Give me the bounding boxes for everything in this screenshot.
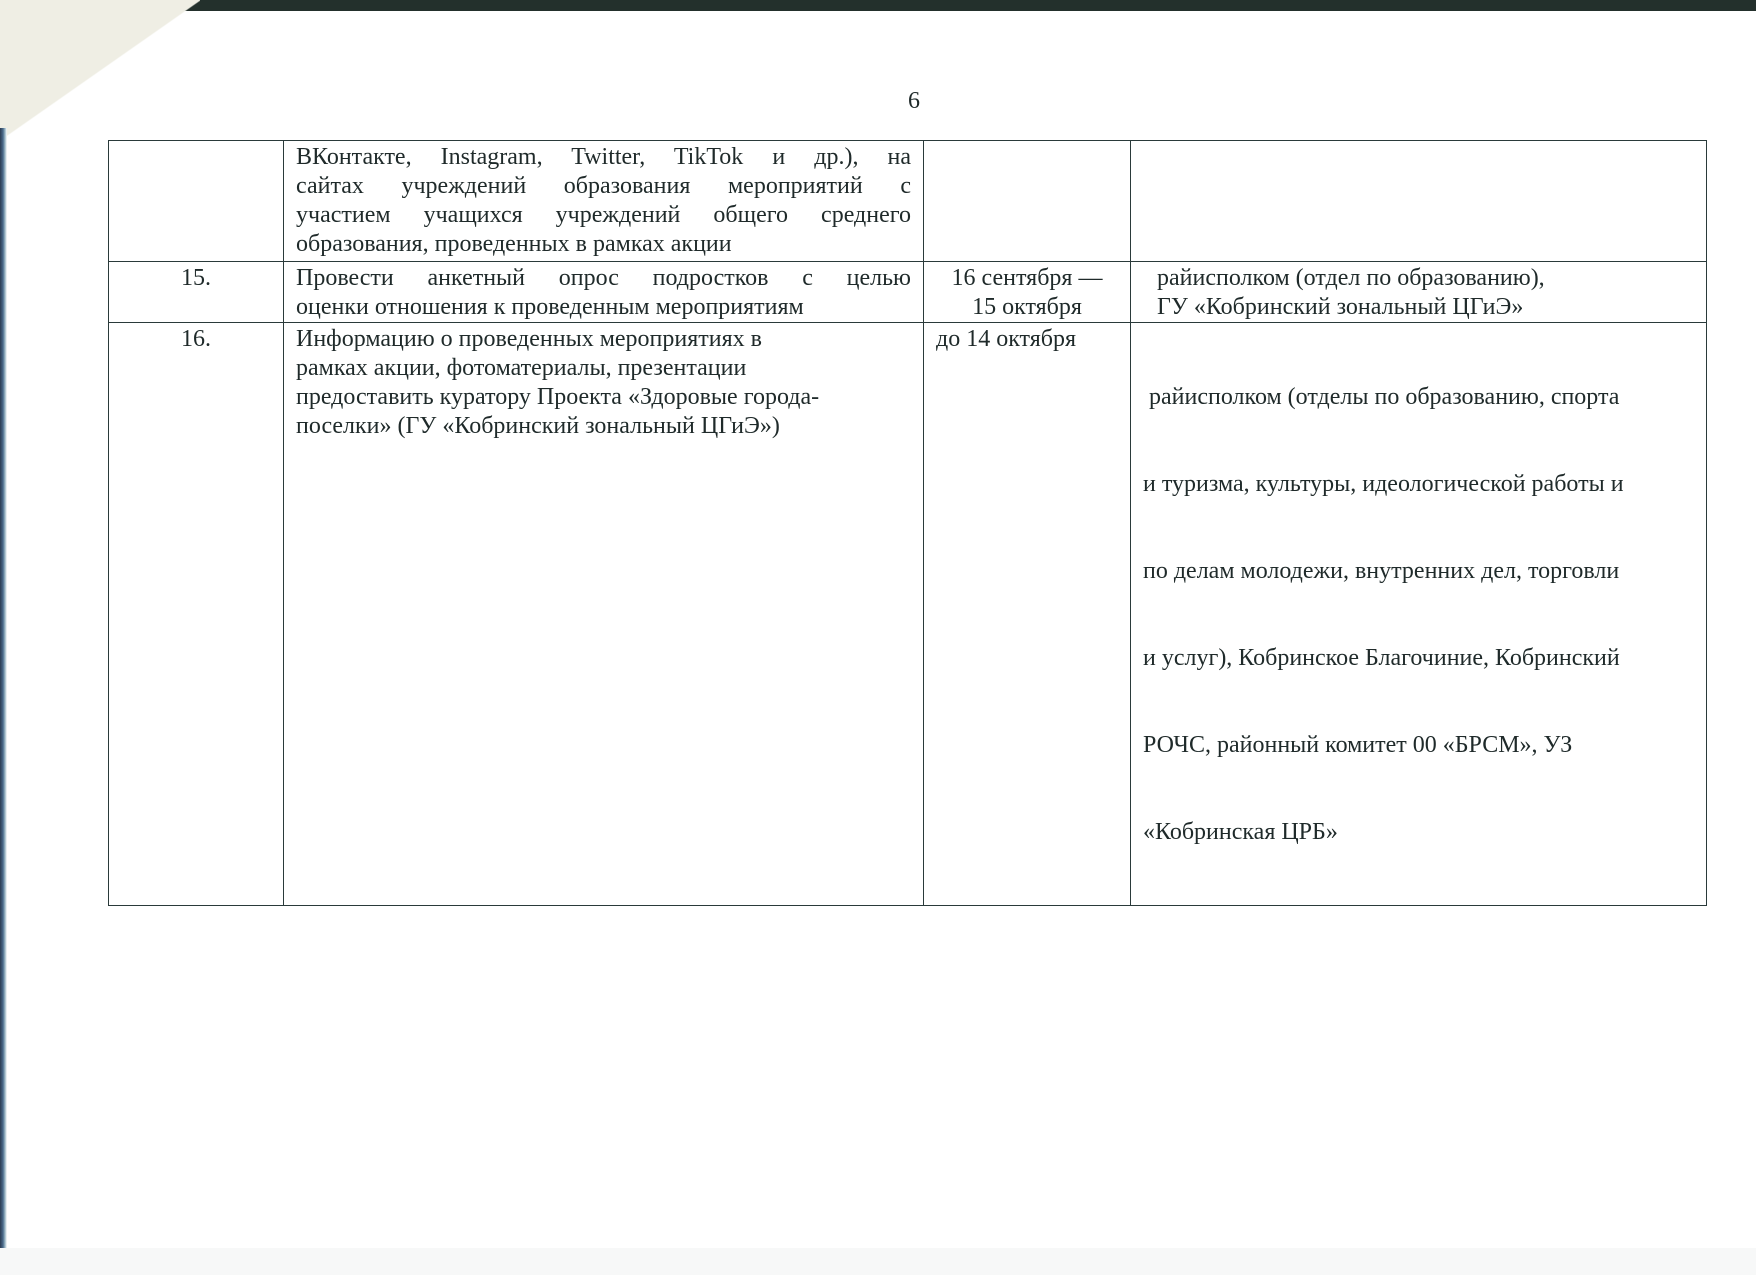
description-line: сайтах учреждений образования мероприяти… <box>296 172 911 201</box>
scan-top-edge <box>0 0 1756 11</box>
description-line: Провести анкетный опрос подростков с цел… <box>296 264 911 293</box>
row-number: 15. <box>109 262 284 323</box>
date-line: 16 сентября — <box>936 264 1118 293</box>
scan-left-edge <box>0 128 7 1275</box>
row-number <box>109 141 284 262</box>
responsible-line: и туризма, культуры, идеологической рабо… <box>1143 470 1694 499</box>
row-responsible: райисполком (отдел по образованию), ГУ «… <box>1131 262 1707 323</box>
table-row: ВКонтакте, Instagram, Twitter, TikTok и … <box>109 141 1707 262</box>
row-date: 16 сентября — 15 октября <box>924 262 1131 323</box>
date-line: 15 октября <box>936 293 1118 322</box>
responsible-line: ГУ «Кобринский зональный ЦГиЭ» <box>1157 293 1694 322</box>
activities-table: ВКонтакте, Instagram, Twitter, TikTok и … <box>108 140 1707 906</box>
description-line: оценки отношения к проведенным мероприят… <box>296 293 911 322</box>
row-date <box>924 141 1131 262</box>
description-line: образования, проведенных в рамках акции <box>296 230 911 259</box>
row-responsible: райисполком (отделы по образованию, спор… <box>1131 323 1707 906</box>
responsible-line: по делам молодежи, внутренних дел, торго… <box>1143 557 1694 586</box>
row-responsible <box>1131 141 1707 262</box>
responsible-line: райисполком (отделы по образованию, спор… <box>1143 383 1694 412</box>
responsible-line: «Кобринская ЦРБ» <box>1143 818 1694 847</box>
description-line: ВКонтакте, Instagram, Twitter, TikTok и … <box>296 143 911 172</box>
row-number: 16. <box>109 323 284 906</box>
page-number: 6 <box>0 88 1756 115</box>
table-row: 15. Провести анкетный опрос подростков с… <box>109 262 1707 323</box>
description-line: рамках акции, фотоматериалы, презентации <box>296 354 911 383</box>
table-row: 16. Информацию о проведенных мероприятия… <box>109 323 1707 906</box>
description-line: предоставить куратору Проекта «Здоровые … <box>296 383 911 412</box>
row-date: до 14 октября <box>924 323 1131 906</box>
description-line: поселки» (ГУ «Кобринский зональный ЦГиЭ»… <box>296 412 911 441</box>
scan-bottom-edge <box>0 1248 1756 1275</box>
description-line: участием учащихся учреждений общего сред… <box>296 201 911 230</box>
row-description: Информацию о проведенных мероприятиях в … <box>284 323 924 906</box>
row-description: ВКонтакте, Instagram, Twitter, TikTok и … <box>284 141 924 262</box>
responsible-line: РОЧС, районный комитет 00 «БРСМ», УЗ <box>1143 731 1694 760</box>
responsible-line: и услуг), Кобринское Благочиние, Кобринс… <box>1143 644 1694 673</box>
date-line: до 14 октября <box>936 325 1118 354</box>
responsible-line: райисполком (отдел по образованию), <box>1157 264 1694 293</box>
description-line: Информацию о проведенных мероприятиях в <box>296 325 911 354</box>
row-description: Провести анкетный опрос подростков с цел… <box>284 262 924 323</box>
scan-folded-corner <box>0 0 200 140</box>
